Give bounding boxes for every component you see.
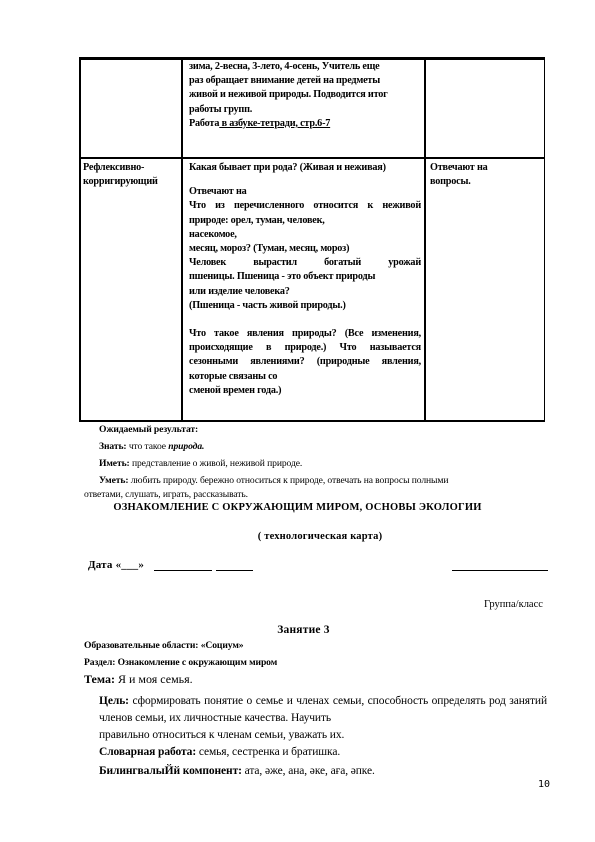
row1-activity-cell: зима, 2-весна, 3-лето, 4-осень, Учитель …: [189, 60, 421, 131]
expected-have: Иметь: представление о живой, неживой пр…: [99, 457, 302, 470]
children-activity-cell: Отвечают на вопросы.: [430, 161, 530, 189]
text-line: раз обращает внимание детей на предметы: [189, 74, 421, 88]
lesson-bilingual: БилингвалыЙй компонент: ата, әже, ана, ә…: [99, 763, 375, 780]
theme-text: Я и моя семья.: [115, 672, 193, 686]
date-year-blank: [216, 570, 253, 571]
bilingual-text: ата, әже, ана, әке, аға, әпке.: [242, 765, 375, 777]
answer-3: (Пшеница - часть живой природы.): [189, 299, 421, 313]
lesson-vocab: Словарная работа: семья, сестренка и бра…: [99, 744, 340, 761]
page-number: 10: [538, 779, 550, 790]
children-activity-text: Отвечают на вопросы.: [430, 161, 530, 189]
text-line: работы групп.: [189, 103, 421, 117]
question-4: Что такое явления природы? (Все изменени…: [189, 327, 421, 384]
have-text: представление о живой, неживой природе.: [130, 458, 303, 469]
vocab-label: Словарная работа:: [99, 746, 196, 758]
section-title: ОЗНАКОМЛЕНИЕ С ОКРУЖАЮЩИМ МИРОМ, ОСНОВЫ …: [0, 502, 595, 513]
workbook-prefix: Работа: [189, 118, 219, 129]
expected-can: Уметь: любить природу. бережно относитьс…: [99, 474, 448, 487]
can-label: Уметь:: [99, 475, 128, 486]
question-2: Что из перечисленного относится к неживо…: [189, 199, 421, 227]
table-bottom-border: [79, 420, 545, 422]
can-text: любить природу. бережно относиться к при…: [128, 475, 448, 486]
expected-know: Знать: что такое природа.: [99, 440, 204, 453]
question-4-tail: сменой времен года.): [189, 384, 421, 398]
date-month-blank: [154, 570, 212, 571]
col-border-left: [79, 57, 81, 421]
workbook-line: Работа в азбуке-тетради, стр.6-7: [189, 117, 421, 131]
question-2-tail: насекомое,: [189, 228, 421, 242]
question-3-line3: или изделие человека?: [189, 285, 421, 299]
expected-result-title: Ожидаемый результат:: [99, 423, 198, 436]
signature-blank: [452, 570, 548, 571]
know-text: что такое: [127, 441, 169, 452]
lesson-title: Занятие 3: [0, 624, 595, 636]
vocab-text: семья, сестренка и братишка.: [196, 746, 340, 758]
group-label: Группа/класс: [484, 599, 543, 610]
know-italic: природа.: [168, 441, 204, 452]
expected-can-cont: ответами, слушать, играть, рассказывать.: [84, 488, 248, 501]
stage-name-line2: корригирующий: [83, 175, 179, 189]
have-label: Иметь:: [99, 458, 130, 469]
col-border-right: [544, 57, 546, 421]
row-divider: [79, 157, 545, 159]
teacher-activity-cell: Какая бывает при рода? (Живая и неживая)…: [189, 161, 421, 398]
know-label: Знать:: [99, 441, 127, 452]
theme-label: Тема:: [84, 672, 115, 686]
question-3-line2: пшеницы. Пшеница - это объект природы: [189, 270, 421, 284]
lesson-goal: Цель: сформировать понятие о семье и чле…: [99, 693, 547, 744]
question-1: Какая бывает при рода? (Живая и неживая): [189, 161, 421, 175]
goal-text: сформировать понятие о семье и членах се…: [99, 695, 547, 724]
subtitle: ( технологическая карта): [0, 531, 595, 542]
question-3: Человек вырастил богатый урожай: [189, 256, 421, 270]
lesson-theme: Тема: Я и моя семья.: [84, 672, 193, 687]
answer-2: месяц, мороз? (Туман, месяц, мороз): [189, 242, 421, 256]
goal-tail: правильно относиться к членам семьи, ува…: [99, 727, 547, 744]
date-label: Дата «___»: [88, 559, 144, 571]
text-line: живой и неживой природы. Подводится итог: [189, 88, 421, 102]
col-border-1: [181, 57, 183, 421]
stage-cell: Рефлексивно- корригирующий: [83, 161, 179, 189]
lesson-section: Раздел: Ознакомление с окружающим миром: [84, 656, 277, 669]
col-border-2: [424, 57, 426, 421]
text-line: зима, 2-весна, 3-лето, 4-осень, Учитель …: [189, 60, 421, 74]
bilingual-label: БилингвалыЙй компонент:: [99, 765, 242, 777]
stage-name-line1: Рефлексивно-: [83, 161, 179, 175]
workbook-link: в азбуке-тетради, стр.6-7: [219, 118, 330, 129]
lesson-table: зима, 2-весна, 3-лето, 4-осень, Учитель …: [79, 57, 545, 421]
lesson-areas: Образовательные области: «Социум»: [84, 639, 243, 652]
goal-label: Цель:: [99, 695, 129, 707]
answer-1: Отвечают на: [189, 185, 421, 199]
